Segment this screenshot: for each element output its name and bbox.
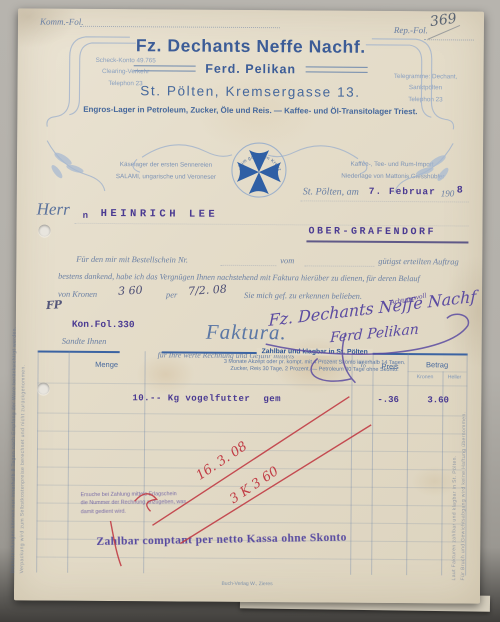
punch-hole-bottom	[37, 383, 49, 395]
year-printed: 190	[441, 188, 455, 198]
sub-header-kronen: Kronen	[407, 374, 442, 380]
photo-of-invoice: { "folio": { "komm_label": "Komm.-Fol.",…	[0, 0, 500, 622]
right-assortment-note: Kaffee-, Tee- und Rum-Import. Niederlage…	[311, 158, 475, 183]
telegramme: Telegramme: Dechant,	[378, 71, 474, 83]
left-margin-line2: Verpackung wird zum Selbstkostenpreise b…	[18, 326, 28, 573]
item-amount: 3.60	[427, 395, 449, 405]
col-header-preis: Preis	[373, 362, 408, 371]
invoice-paper: „Zum goldenen Kreuze” Komm.-Fol. Rep.-Fo…	[14, 8, 484, 603]
right-margin-conditions: Laut Fakturen zahlbar und klagbar in St.…	[450, 411, 468, 580]
body-l3b: per	[166, 290, 177, 299]
recipient-town: OBER-GRAFENDORF	[308, 226, 436, 238]
right-double-rule	[306, 66, 368, 72]
right-margin-line2: Für Bruch und Gewichtsabgang wird keine …	[459, 412, 469, 581]
kaeselager-line: Käselager der ersten Sennereien	[87, 159, 245, 172]
center-title-text: Zahlbar und klagbar in St. Pölten	[257, 348, 373, 356]
sub-header-heller: Heller	[442, 374, 466, 380]
komm-fol-blank	[80, 26, 280, 28]
bestellschein-blank	[220, 265, 276, 266]
body-l1a: Für den mir mit Bestellschein Nr.	[76, 255, 188, 265]
sandte-ihnen: Sandte Ihnen	[62, 336, 107, 346]
body-l1c: gütigst erteilten Auftrag	[378, 257, 458, 267]
scheck-konto: Scheck-Konto 49.765	[74, 55, 178, 67]
telephon-left: Telephon 23	[74, 77, 178, 89]
salutation: Herr	[37, 200, 70, 220]
town-underline	[306, 240, 468, 243]
small-purple-stamp: Ersuche bei Zahlung mittels Erlagschein …	[80, 490, 236, 517]
col-header-menge: Menge	[69, 360, 145, 370]
banner-line: Engros-Lager in Petroleum, Zucker, Öle u…	[57, 105, 443, 117]
bank-info-block: Scheck-Konto 49.765 Clearing-Verkehr Tel…	[74, 55, 178, 90]
payment-terms-stamp: Zahlbar comptant per netto Kassa ohne Sk…	[96, 532, 347, 548]
typed-prefix-n: n	[83, 211, 88, 221]
red-note-date: 16. 3. 08	[194, 439, 251, 484]
header-bottom-line	[37, 383, 467, 387]
dateline-blank	[301, 200, 469, 202]
telegram-town: Sanktpölten	[377, 82, 473, 94]
body-l3a: von Kronen	[58, 290, 97, 299]
col-header-pct: °/₀	[352, 362, 373, 369]
telephon-right: Telephon 23	[377, 94, 473, 106]
left-margin-conditions: Beanstandungen können nur innerhalb 8 Ta…	[9, 326, 28, 573]
rep-fol-label: Rep.-Fol.	[394, 25, 428, 35]
recipient-name: HEINRICH LEE	[101, 208, 219, 221]
punch-hole-top	[38, 225, 50, 237]
handwritten-fp: FP	[46, 298, 63, 312]
body-l2: bestens dankend, habe ich das Vergnügen …	[58, 272, 420, 284]
kon-fol-stamp: Kon.Fol.330	[72, 319, 135, 330]
year-typed: 8	[457, 185, 463, 196]
item-article: vogelfutter	[185, 394, 250, 404]
vom-blank	[304, 265, 374, 266]
place-and-am: St. Pölten, am	[303, 186, 359, 197]
table-rule-left	[38, 351, 120, 354]
mattoni-line: Niederlage von Mattonis Giesshübler	[311, 170, 475, 183]
printer-imprint: Buch-Verlag W., Zieres	[14, 579, 480, 588]
handwritten-per-date: 7/2. 08	[188, 283, 227, 298]
rep-fol-value: 369	[429, 11, 458, 30]
telegram-info-block: Telegramme: Dechant, Sanktpölten Telepho…	[377, 71, 473, 106]
typed-date: 7. Februar	[369, 186, 436, 197]
signature-line2: Ferd Pelikan	[330, 321, 419, 346]
item-price: -.36	[377, 395, 399, 405]
body-l3c: Sie mich gef. zu erkennen belieben.	[244, 291, 362, 301]
item-quantity: 10.-- Kg	[132, 393, 179, 403]
handwritten-amount: 3 60	[118, 284, 143, 298]
body-l1b: vom	[280, 256, 294, 265]
komm-fol-label: Komm.-Fol.	[40, 17, 84, 27]
left-assortment-note: Käselager der ersten Sennereien SALAMI, …	[87, 159, 245, 184]
small-stamp-line3: damit gedient wird.	[81, 506, 237, 516]
salami-line: SALAMI, ungarische und Veroneser	[87, 171, 245, 184]
item-note: gem	[263, 394, 281, 404]
recipient-blank-1	[75, 223, 469, 227]
col-header-betrag: Betrag	[408, 360, 467, 369]
clearing-verkehr: Clearing-Verkehr	[74, 66, 178, 78]
proprietor-name: Ferd. Pelikan	[205, 62, 296, 77]
